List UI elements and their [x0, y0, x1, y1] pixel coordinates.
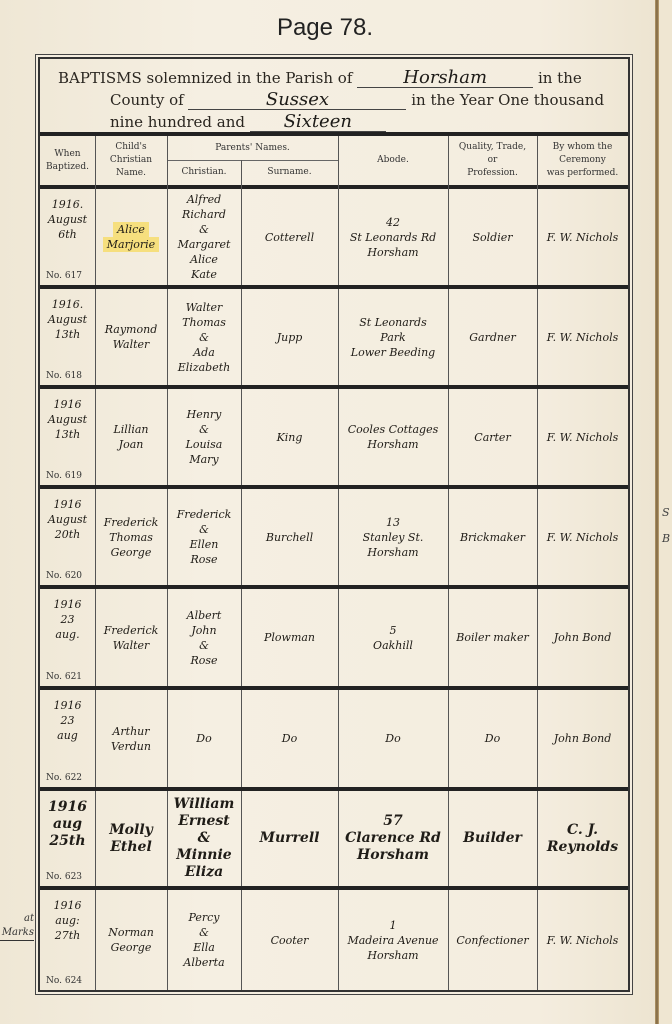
- child-text: Frederick: [104, 515, 159, 530]
- parents-christian-text: Frederick: [177, 507, 232, 522]
- cell-by-whom: F. W. Nichols: [537, 289, 628, 385]
- entry-number: No. 622: [46, 773, 82, 783]
- abode-text: Horsham: [367, 545, 418, 560]
- cell-quality: Soldier: [448, 189, 537, 285]
- abode-text: Do: [385, 731, 400, 746]
- parents-christian-text: Thomas: [182, 315, 226, 330]
- quality-text: Brickmaker: [460, 530, 525, 545]
- cell-quality: Confectioner: [448, 890, 537, 990]
- surname-text: Murrell: [260, 830, 320, 847]
- quality-text: Builder: [463, 830, 522, 847]
- cell-abode: 13Stanley St.Horsham: [338, 489, 448, 585]
- parents-christian-text: Louisa: [186, 437, 223, 452]
- surname-text: Cotterell: [265, 230, 314, 245]
- entry-number: No. 617: [46, 271, 82, 281]
- when-text: aug:: [55, 913, 79, 928]
- abode-text: 57: [383, 813, 402, 830]
- parents-christian-text: Ellen: [190, 537, 219, 552]
- child-text: Marjorie: [103, 237, 159, 252]
- entry-number: No. 620: [46, 571, 82, 581]
- when-text: aug: [53, 816, 82, 833]
- child-text: Norman: [108, 925, 154, 940]
- col-header-quality: Quality, Trade,orProfession.: [448, 136, 537, 185]
- child-text: George: [111, 545, 152, 560]
- book-spine: [655, 0, 659, 1024]
- abode-text: 1: [390, 918, 397, 933]
- cell-parents-christian: Do: [167, 690, 241, 787]
- when-text: 1916.: [52, 297, 84, 312]
- abode-text: Horsham: [367, 245, 418, 260]
- quality-text: Gardner: [469, 330, 516, 345]
- child-text: Verdun: [111, 739, 151, 754]
- parents-christian-text: &: [199, 638, 209, 653]
- child-text: Thomas: [109, 530, 153, 545]
- when-text: 1916.: [52, 197, 84, 212]
- by-whom-text: C. J. Reynolds: [537, 822, 628, 856]
- when-text: 6th: [58, 227, 77, 242]
- when-text: August: [48, 312, 87, 327]
- by-whom-text: John Bond: [554, 630, 612, 645]
- abode-text: Cooles Cottages: [348, 422, 438, 437]
- quality-text: Carter: [474, 430, 510, 445]
- parents-christian-text: Richard: [182, 207, 226, 222]
- cell-abode: Cooles CottagesHorsham: [338, 389, 448, 485]
- surname-text: Do: [282, 731, 297, 746]
- cell-abode: 57Clarence RdHorsham: [338, 791, 448, 886]
- when-text: aug: [57, 728, 78, 743]
- heading-line3-prefix: nine hundred and: [110, 113, 245, 131]
- quality-text: Soldier: [472, 230, 512, 245]
- abode-text: Stanley St.: [363, 530, 424, 545]
- col-header-parents-christian: Christian.: [167, 160, 241, 185]
- abode-text: 13: [386, 515, 400, 530]
- cell-parents-christian: Percy&EllaAlberta: [167, 890, 241, 990]
- col-header-parents-surname: Surname.: [241, 160, 338, 185]
- cell-child: RaymondWalter: [95, 289, 167, 385]
- parents-christian-text: &: [199, 330, 209, 345]
- cell-parents-christian: WilliamErnest&MinnieEliza: [167, 791, 241, 886]
- child-text: Raymond: [105, 322, 158, 337]
- county-field: Sussex: [188, 91, 406, 110]
- abode-text: Horsham: [367, 437, 418, 452]
- year-field: Sixteen: [250, 113, 386, 132]
- parish-field: Horsham: [357, 69, 533, 88]
- cell-child: ArthurVerdun: [95, 690, 167, 787]
- child-text: Lillian: [113, 422, 148, 437]
- quality-text: Do: [485, 731, 500, 746]
- by-whom-text: F. W. Nichols: [547, 330, 618, 345]
- cell-surname: Burchell: [241, 489, 338, 585]
- cell-parents-christian: Henry&LouisaMary: [167, 389, 241, 485]
- entry-number: No. 619: [46, 471, 82, 481]
- cell-quality: Carter: [448, 389, 537, 485]
- cell-by-whom: F. W. Nichols: [537, 189, 628, 285]
- col-header-parents: Parents' Names.: [167, 136, 338, 160]
- cell-by-whom: John Bond: [537, 589, 628, 686]
- cell-parents-christian: Frederick&EllenRose: [167, 489, 241, 585]
- table-row: 1916.August13thRaymondWalterWalterThomas…: [40, 289, 628, 385]
- parents-christian-text: William: [174, 796, 235, 813]
- cell-child: LillianJoan: [95, 389, 167, 485]
- cell-parents-christian: AlfredRichard&MargaretAliceKate: [167, 189, 241, 285]
- when-text: 1916: [54, 497, 82, 512]
- when-text: 23: [61, 612, 75, 627]
- parents-christian-text: &: [199, 925, 209, 940]
- child-text: Walter: [113, 638, 150, 653]
- abode-text: Horsham: [357, 847, 429, 864]
- table-row: 1916aug:27thNormanGeorgePercy&EllaAlbert…: [40, 890, 628, 990]
- when-text: 1916: [48, 799, 87, 816]
- facing-page-text: S B: [662, 500, 670, 552]
- cell-abode: 5Oakhill: [338, 589, 448, 686]
- when-text: 13th: [55, 327, 81, 342]
- when-text: August: [48, 212, 87, 227]
- parents-christian-text: Elizabeth: [178, 360, 230, 375]
- register-heading: BAPTISMS solemnized in the Parish of Hor…: [40, 59, 628, 129]
- cell-when: 1916aug:27th: [40, 890, 95, 990]
- surname-text: Burchell: [266, 530, 313, 545]
- parents-christian-text: Mary: [189, 452, 218, 467]
- heading-line1-suffix: in the: [538, 69, 582, 87]
- quality-text: Confectioner: [456, 933, 528, 948]
- cell-child: FrederickWalter: [95, 589, 167, 686]
- cell-abode: Do: [338, 690, 448, 787]
- cell-surname: Do: [241, 690, 338, 787]
- child-text: Frederick: [104, 623, 159, 638]
- when-text: 1916: [54, 698, 82, 713]
- parents-christian-text: &: [199, 422, 209, 437]
- when-text: 1916: [54, 898, 82, 913]
- when-text: August: [48, 512, 87, 527]
- parents-christian-text: Kate: [191, 267, 217, 282]
- cell-child: MollyEthel: [95, 791, 167, 886]
- child-text: Molly: [109, 822, 153, 839]
- cell-by-whom: F. W. Nichols: [537, 389, 628, 485]
- abode-text: Horsham: [367, 948, 418, 963]
- cell-abode: 1Madeira AvenueHorsham: [338, 890, 448, 990]
- abode-text: 42: [386, 215, 400, 230]
- by-whom-text: F. W. Nichols: [547, 430, 618, 445]
- cell-surname: Cooter: [241, 890, 338, 990]
- parents-christian-text: Rose: [190, 653, 217, 668]
- parents-christian-text: Albert: [187, 608, 222, 623]
- baptism-register-table: BAPTISMS solemnized in the Parish of Hor…: [38, 57, 630, 992]
- cell-surname: Jupp: [241, 289, 338, 385]
- abode-text: St Leonards Rd: [350, 230, 436, 245]
- parents-christian-text: &: [199, 222, 209, 237]
- child-text: Walter: [113, 337, 150, 352]
- cell-child: AliceMarjorie: [95, 189, 167, 285]
- surname-text: Plowman: [264, 630, 315, 645]
- cell-quality: Builder: [448, 791, 537, 886]
- table-row: 1916aug25thMollyEthelWilliamErnest&Minni…: [40, 791, 628, 886]
- child-text: Joan: [119, 437, 144, 452]
- entry-number: No. 623: [46, 872, 82, 882]
- page-title: Page 78.: [0, 14, 650, 42]
- when-text: 27th: [55, 928, 81, 943]
- col-header-child: Child'sChristian Name.: [95, 136, 167, 185]
- parents-christian-text: &: [198, 830, 211, 847]
- cell-by-whom: C. J. Reynolds: [537, 791, 628, 886]
- surname-text: Jupp: [277, 330, 303, 345]
- by-whom-text: F. W. Nichols: [547, 933, 618, 948]
- cell-child: NormanGeorge: [95, 890, 167, 990]
- by-whom-text: F. W. Nichols: [547, 230, 618, 245]
- by-whom-text: F. W. Nichols: [547, 530, 618, 545]
- when-text: 13th: [55, 427, 81, 442]
- when-text: 1916: [54, 597, 82, 612]
- parents-christian-text: &: [199, 522, 209, 537]
- abode-text: 5: [390, 623, 397, 638]
- cell-quality: Do: [448, 690, 537, 787]
- cell-parents-christian: WalterThomas&AdaElizabeth: [167, 289, 241, 385]
- cell-quality: Gardner: [448, 289, 537, 385]
- abode-text: Lower Beeding: [351, 345, 435, 360]
- heading-line1-prefix: BAPTISMS solemnized in the Parish of: [58, 69, 352, 87]
- cell-surname: Murrell: [241, 791, 338, 886]
- when-text: aug.: [55, 627, 79, 642]
- parents-christian-text: Percy: [188, 910, 219, 925]
- abode-text: Oakhill: [373, 638, 413, 653]
- child-text: Ethel: [110, 839, 152, 856]
- table-row: 191623aug.FrederickWalterAlbertJohn&Rose…: [40, 589, 628, 686]
- table-row: 1916August13thLillianJoanHenry&LouisaMar…: [40, 389, 628, 485]
- entry-number: No. 618: [46, 371, 82, 381]
- cell-by-whom: F. W. Nichols: [537, 489, 628, 585]
- when-text: 23: [61, 713, 75, 728]
- cell-surname: King: [241, 389, 338, 485]
- cell-abode: 42St Leonards RdHorsham: [338, 189, 448, 285]
- parents-christian-text: Ella: [193, 940, 215, 955]
- child-text: George: [111, 940, 152, 955]
- cell-surname: Cotterell: [241, 189, 338, 285]
- cell-quality: Brickmaker: [448, 489, 537, 585]
- when-text: 20th: [55, 527, 81, 542]
- cell-parents-christian: AlbertJohn&Rose: [167, 589, 241, 686]
- parents-christian-text: Eliza: [185, 864, 223, 881]
- quality-text: Boiler maker: [456, 630, 528, 645]
- col-header-abode: Abode.: [338, 136, 448, 185]
- parents-christian-text: Alice: [190, 252, 218, 267]
- surname-text: King: [277, 430, 303, 445]
- heading-line2-suffix: in the Year One thousand: [411, 91, 604, 109]
- table-row: 1916.August6thAliceMarjorieAlfredRichard…: [40, 189, 628, 285]
- entry-number: No. 621: [46, 672, 82, 682]
- abode-text: Park: [380, 330, 405, 345]
- by-whom-text: John Bond: [554, 731, 612, 746]
- when-text: 25th: [49, 833, 85, 850]
- parents-christian-text: Ada: [193, 345, 215, 360]
- when-text: 1916: [54, 397, 82, 412]
- child-text: Alice: [113, 222, 149, 237]
- parents-christian-text: Walter: [186, 300, 223, 315]
- parents-christian-text: Margaret: [178, 237, 231, 252]
- abode-text: Clarence Rd: [345, 830, 441, 847]
- abode-text: Madeira Avenue: [347, 933, 438, 948]
- col-header-by-whom: By whom theCeremonywas performed.: [537, 136, 628, 185]
- parents-christian-text: Alberta: [183, 955, 224, 970]
- abode-text: St Leonards: [359, 315, 426, 330]
- entry-number: No. 624: [46, 976, 82, 986]
- parents-christian-text: Ernest: [178, 813, 229, 830]
- when-text: August: [48, 412, 87, 427]
- cell-child: FrederickThomasGeorge: [95, 489, 167, 585]
- table-row: 191623augArthurVerdunDoDoDoDoJohn BondNo…: [40, 690, 628, 787]
- parents-christian-text: Minnie: [176, 847, 231, 864]
- cell-abode: St LeonardsParkLower Beeding: [338, 289, 448, 385]
- parents-christian-text: Henry: [187, 407, 222, 422]
- heading-line2-prefix: County of: [110, 91, 184, 109]
- child-text: Arthur: [112, 724, 149, 739]
- cell-surname: Plowman: [241, 589, 338, 686]
- col-header-when: WhenBaptized.: [40, 136, 95, 185]
- margin-annotation: at Marks: [0, 912, 34, 941]
- cell-by-whom: F. W. Nichols: [537, 890, 628, 990]
- parents-christian-text: Alfred: [187, 192, 221, 207]
- cell-by-whom: John Bond: [537, 690, 628, 787]
- parents-christian-text: Do: [196, 731, 211, 746]
- surname-text: Cooter: [271, 933, 309, 948]
- cell-quality: Boiler maker: [448, 589, 537, 686]
- parents-christian-text: John: [191, 623, 216, 638]
- parents-christian-text: Rose: [190, 552, 217, 567]
- table-row: 1916August20thFrederickThomasGeorgeFrede…: [40, 489, 628, 585]
